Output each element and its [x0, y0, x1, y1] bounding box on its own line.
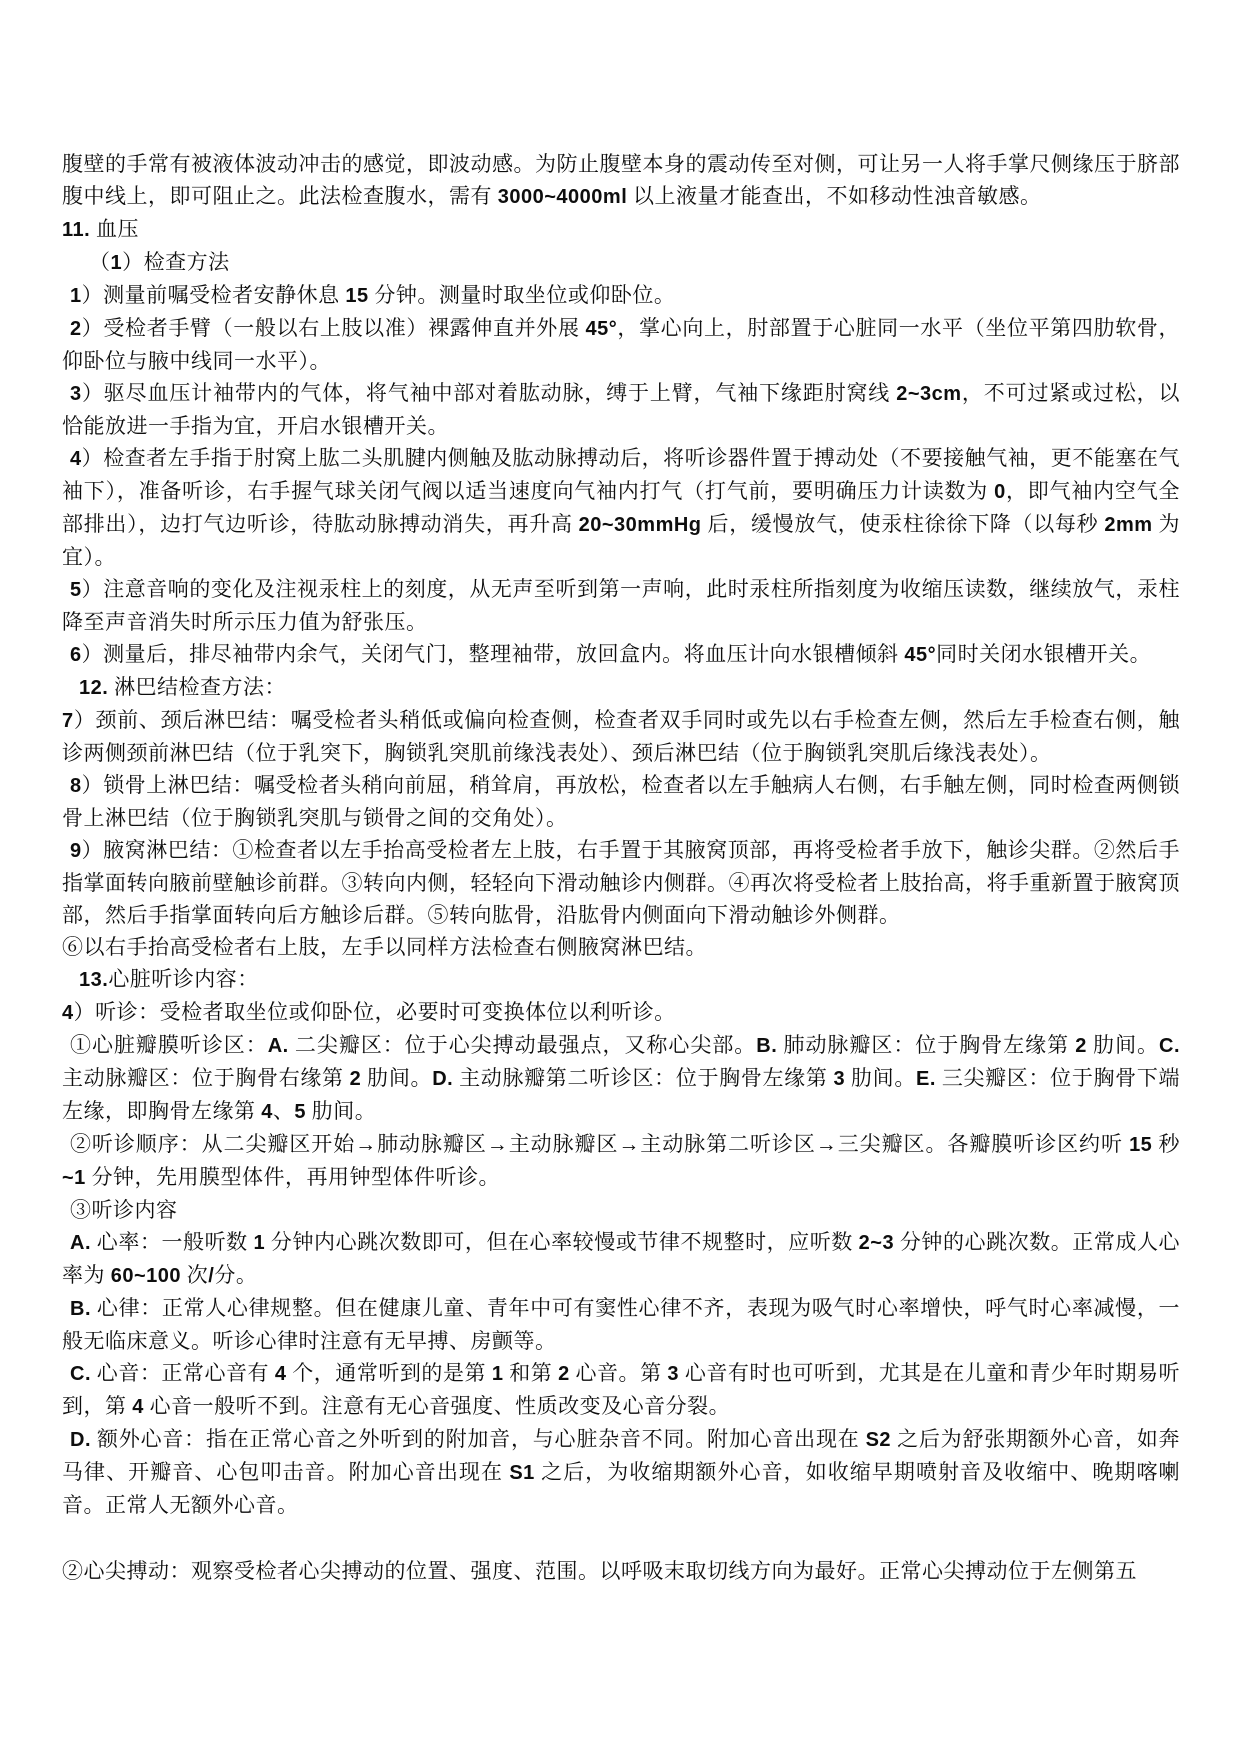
document-body: 腹壁的手常有被液体波动冲击的感觉，即波动感。为防止腹壁本身的震动传至对侧，可让另…: [62, 148, 1180, 1587]
paragraph: C. 心音：正常心音有 4 个，通常听到的是第 1 和第 2 心音。第 3 心音…: [62, 1357, 1180, 1423]
paragraph: ⑥以右手抬高受检者右上肢，左手以同样方法检查右侧腋窝淋巴结。: [62, 931, 1180, 963]
paragraph: 1）测量前嘱受检者安静休息 15 分钟。测量时取坐位或仰卧位。: [62, 279, 1180, 312]
paragraph: 13.心脏听诊内容：: [62, 963, 1180, 996]
paragraph: 8）锁骨上淋巴结：嘱受检者头稍向前屈，稍耸肩，再放松，检查者以左手触病人右侧，右…: [62, 769, 1180, 834]
paragraph-spacer: [62, 1521, 1180, 1555]
paragraph: 7）颈前、颈后淋巴结：嘱受检者头稍低或偏向检查侧，检查者双手同时或先以右手检查左…: [62, 704, 1180, 769]
paragraph: ①心脏瓣膜听诊区：A. 二尖瓣区：位于心尖搏动最强点，又称心尖部。B. 肺动脉瓣…: [62, 1029, 1180, 1128]
paragraph: 4）听诊：受检者取坐位或仰卧位，必要时可变换体位以利听诊。: [62, 996, 1180, 1029]
document-page: 腹壁的手常有被液体波动冲击的感觉，即波动感。为防止腹壁本身的震动传至对侧，可让另…: [0, 0, 1241, 1754]
paragraph: （1）检查方法: [62, 246, 1180, 279]
paragraph: 4）检查者左手指于肘窝上肱二头肌腱内侧触及肱动脉搏动后，将听诊器件置于搏动处（不…: [62, 442, 1180, 573]
paragraph: 9）腋窝淋巴结：①检查者以左手抬高受检者左上肢，右手置于其腋窝顶部，再将受检者手…: [62, 834, 1180, 931]
paragraph: ③听诊内容: [62, 1194, 1180, 1226]
paragraph: ②心尖搏动：观察受检者心尖搏动的位置、强度、范围。以呼吸末取切线方向为最好。正常…: [62, 1555, 1180, 1587]
paragraph: ②听诊顺序：从二尖瓣区开始→肺动脉瓣区→主动脉瓣区→主动脉第二听诊区→三尖瓣区。…: [62, 1128, 1180, 1194]
paragraph: 5）注意音响的变化及注视汞柱上的刻度，从无声至听到第一声响，此时汞柱所指刻度为收…: [62, 573, 1180, 638]
paragraph: D. 额外心音：指在正常心音之外听到的附加音，与心脏杂音不同。附加心音出现在 S…: [62, 1423, 1180, 1521]
paragraph: A. 心率：一般听数 1 分钟内心跳次数即可，但在心率较慢或节律不规整时，应听数…: [62, 1226, 1180, 1292]
paragraph: 12. 淋巴结检查方法：: [62, 671, 1180, 704]
paragraph: B. 心律：正常人心律规整。但在健康儿童、青年中可有窦性心律不齐，表现为吸气时心…: [62, 1292, 1180, 1357]
paragraph: 2）受检者手臂（一般以右上肢以准）裸露伸直并外展 45°，掌心向上，肘部置于心脏…: [62, 312, 1180, 377]
paragraph: 3）驱尽血压计袖带内的气体，将气袖中部对着肱动脉，缚于上臂，气袖下缘距肘窝线 2…: [62, 377, 1180, 442]
paragraph: 6）测量后，排尽袖带内余气，关闭气门，整理袖带，放回盒内。将血压计向水银槽倾斜 …: [62, 638, 1180, 671]
paragraph: 11. 血压: [62, 213, 1180, 246]
paragraph: 腹壁的手常有被液体波动冲击的感觉，即波动感。为防止腹壁本身的震动传至对侧，可让另…: [62, 148, 1180, 213]
